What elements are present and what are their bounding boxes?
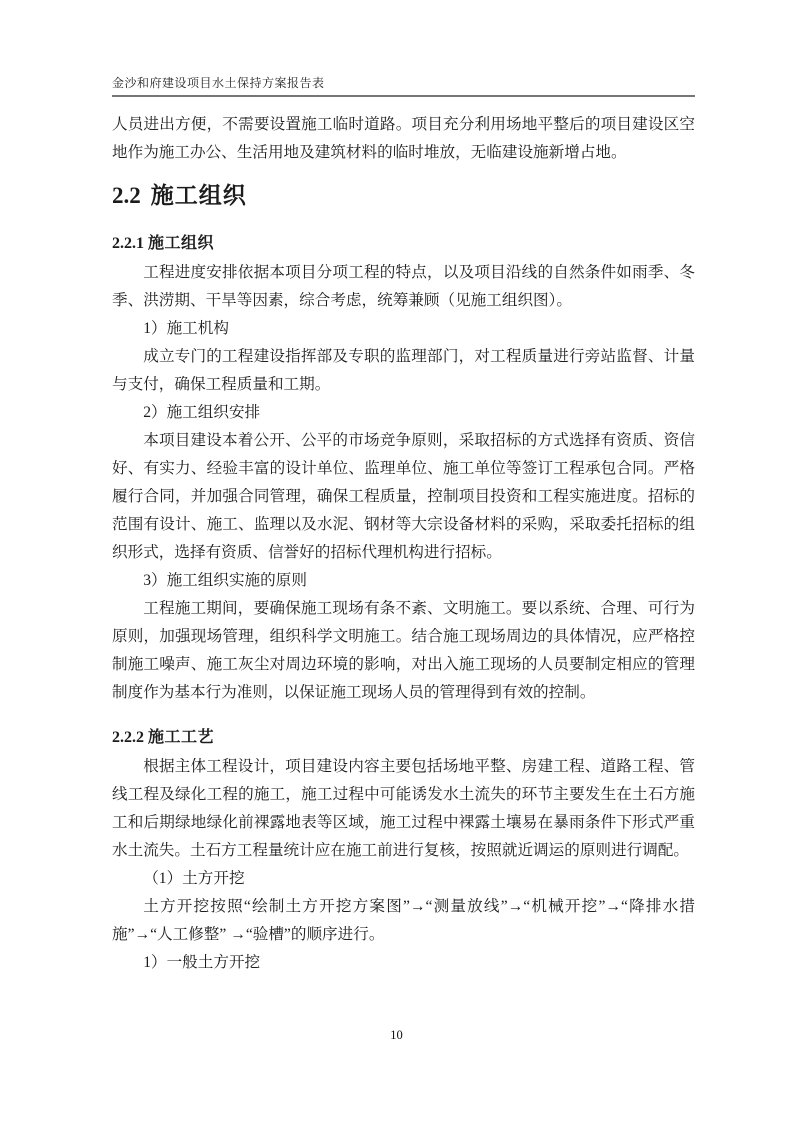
page-number: 10 bbox=[0, 1028, 793, 1043]
paragraph-process-overview: 根据主体工程设计，项目建设内容主要包括场地平整、房建工程、道路工程、管线工程及绿… bbox=[112, 753, 695, 865]
subsection-number: 2.2.2 bbox=[112, 729, 144, 746]
subsection-title: 施工组织 bbox=[148, 235, 214, 252]
paragraph-schedule: 工程进度安排依据本项目分项工程的特点，以及项目沿线的自然条件如雨季、冬季、洪涝期… bbox=[112, 259, 695, 315]
section-number: 2.2 bbox=[112, 183, 141, 208]
paragraph-continuation: 人员进出方便，不需要设置施工临时道路。项目充分利用场地平整后的项目建设区空地作为… bbox=[112, 111, 695, 167]
subsection-heading-2-2-2: 2.2.2施工工艺 bbox=[112, 727, 695, 749]
paragraph-supervision: 成立专门的工程建设指挥部及专职的监理部门，对工程质量进行旁站监督、计量与支付，确… bbox=[112, 343, 695, 399]
list-item-2-arrangement: 2）施工组织安排 bbox=[112, 399, 695, 427]
section-heading-2-2: 2.2施工组织 bbox=[112, 180, 695, 211]
paragraph-bidding: 本项目建设本着公开、公平的市场竞争原则，采取招标的方式选择有资质、资信好、有实力… bbox=[112, 427, 695, 567]
document-page: 金沙和府建设项目水土保持方案报告表 人员进出方便，不需要设置施工临时道路。项目充… bbox=[0, 0, 793, 1122]
paragraph-site-management: 工程施工期间，要确保施工现场有条不紊、文明施工。要以系统、合理、可行为原则，加强… bbox=[112, 595, 695, 707]
paragraph-excavation-sequence: 土方开挖按照“绘制土方开挖方案图”→“测量放线”→“机械开挖”→“降排水措施”→… bbox=[112, 893, 695, 949]
running-header-title: 金沙和府建设项目水土保持方案报告表 bbox=[112, 76, 695, 91]
section-title: 施工组织 bbox=[151, 182, 247, 208]
subsection-number: 2.2.1 bbox=[112, 235, 144, 252]
subsection-title: 施工工艺 bbox=[148, 729, 214, 746]
list-item-earth-excavation: （1）土方开挖 bbox=[112, 865, 695, 893]
list-item-3-principles: 3）施工组织实施的原则 bbox=[112, 567, 695, 595]
list-item-1-construction-org: 1）施工机构 bbox=[112, 315, 695, 343]
subsection-heading-2-2-1: 2.2.1施工组织 bbox=[112, 233, 695, 255]
list-item-general-excavation: 1）一般土方开挖 bbox=[112, 949, 695, 977]
page-content: 金沙和府建设项目水土保持方案报告表 人员进出方便，不需要设置施工临时道路。项目充… bbox=[112, 76, 695, 977]
header-rule bbox=[112, 95, 695, 97]
